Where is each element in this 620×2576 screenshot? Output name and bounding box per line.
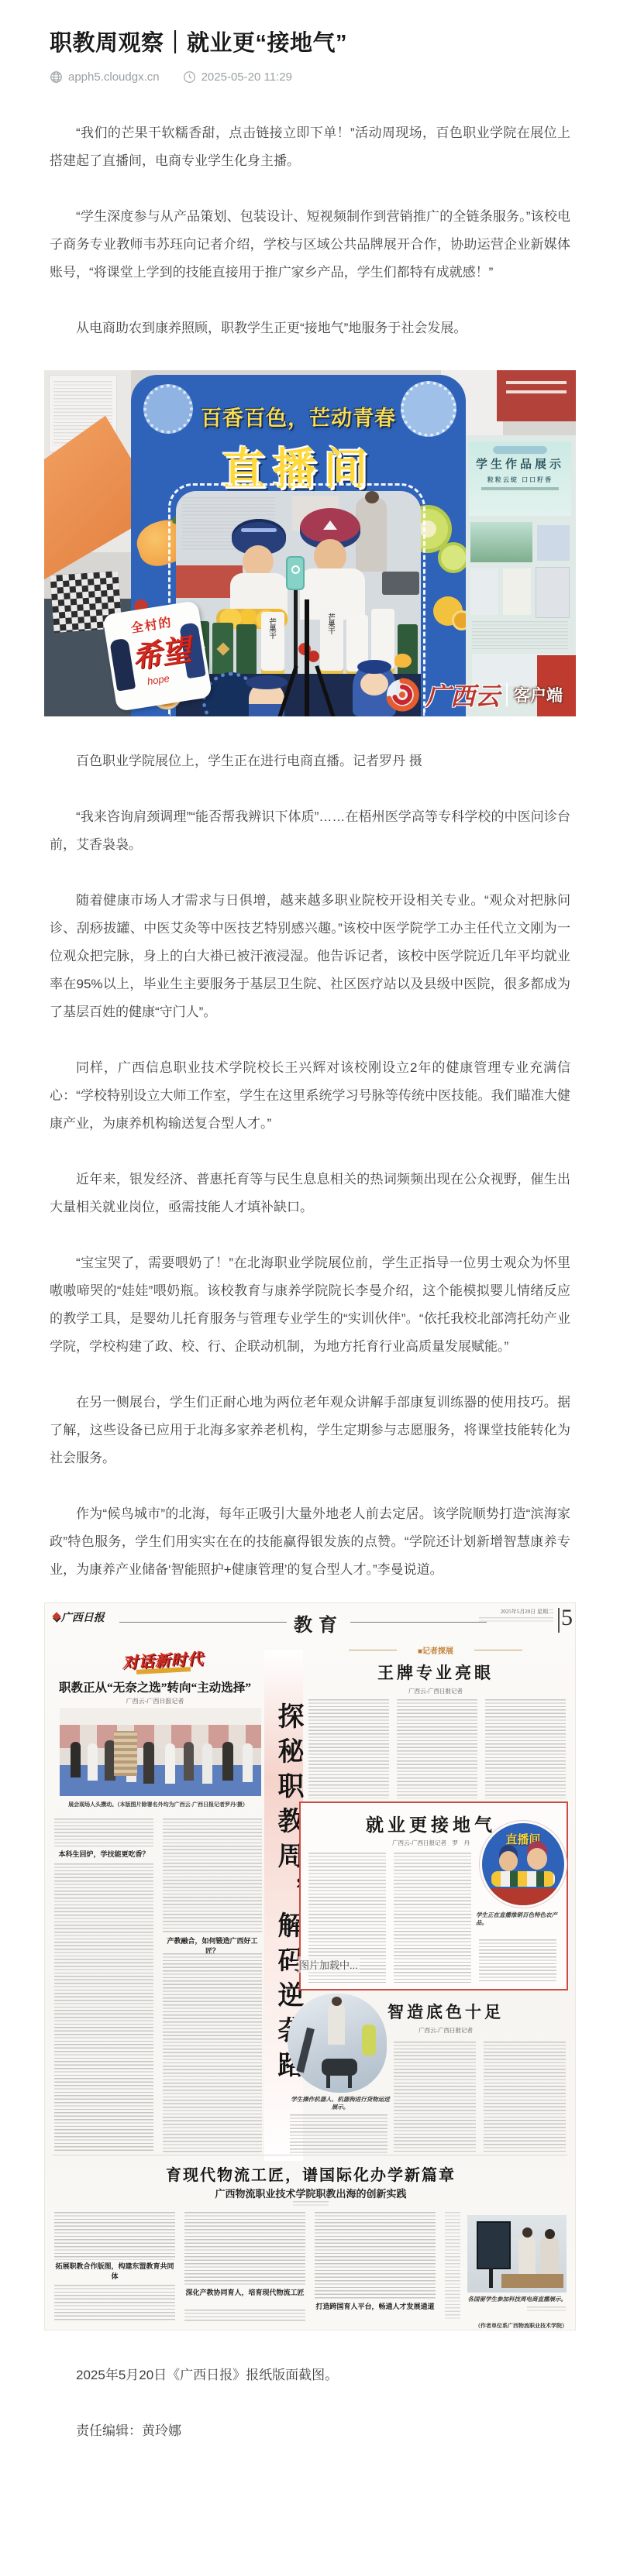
paragraph: “宝宝哭了，需要喂奶了！”在北海职业学院展位前，学生正指导一位男士观众为怀里嗷嗷… [50, 1249, 570, 1361]
robot-arm [296, 2027, 315, 2073]
bottom-byline-blur [293, 2201, 329, 2207]
cartoon-girl-hat [246, 675, 288, 689]
newspaper-caption: 2025年5月20日《广西日报》报纸版面截图。 [50, 2361, 570, 2389]
screen-stand [489, 2268, 493, 2288]
publish-time: 2025-05-20 11:29 [201, 70, 292, 84]
gxy-name: 广西云 [425, 677, 500, 713]
bottom-col-text [445, 2212, 460, 2320]
board-text [472, 621, 568, 649]
feature-box: 就业更接地气 广西云-广西日报记者 罗 丹 直播间 学生正在直播推销百色特色农产… [299, 1801, 568, 1990]
left-headline: 职教正从“无奈之选”转向“主动选择” [50, 1678, 260, 1695]
tag-rule [349, 1650, 397, 1650]
mini-banner-text: 直播间 [482, 1831, 564, 1847]
paragraph: “我们的芒果干软糯香甜，点击链接立即下单！”活动周现场，百色职业学院在展位上搭建… [50, 119, 570, 175]
paragraph: 从电商助农到康养照顾，职教学生正更“接地气”地服务于社会发展。 [50, 314, 570, 342]
newspaper-scan[interactable]: ◆广西日报 教育 2025年5月20日 星期二 5 探秘职教周，解码逆袭路 对话… [44, 1602, 576, 2330]
left-col-text [163, 1953, 262, 2153]
image-loading-text: 图片加载中... [298, 1956, 360, 1973]
bottom-separator [53, 2155, 567, 2155]
paper-date: 2025年5月20日 星期二 [479, 1608, 553, 1616]
bottom-col-text [184, 2310, 305, 2322]
source-item: apph5.cloudgx.cn [50, 70, 160, 84]
paragraph: 近年来，银发经济、普惠托育等与民生息息相关的热词频频出现在公众视野，催生出大量相… [50, 1166, 570, 1221]
header-rule [119, 1622, 287, 1623]
crowd-figure [143, 1742, 154, 1784]
crowd-figure [165, 1743, 175, 1784]
paragraph: 同样，广西信息职业技术学院校长王兴辉对该校刚设立2年的健康管理专业充满信心：“学… [50, 1054, 570, 1138]
crowd-figure [71, 1742, 81, 1777]
goods-shelf [501, 2274, 563, 2288]
watermark-divider [506, 683, 508, 706]
exhibition-crowd-photo [60, 1708, 261, 1796]
robot-demo-photo [288, 1994, 387, 2093]
bottom-col-text [54, 2212, 175, 2260]
clock-icon [183, 70, 196, 84]
lattice-screen [114, 1731, 137, 1776]
crowd-figure [222, 1742, 233, 1781]
bottom-col-text [54, 2285, 175, 2322]
feature-col-text [394, 1853, 471, 1983]
tag-rule [474, 1650, 522, 1650]
student-figure-head [545, 2229, 555, 2239]
crowd-figure [88, 1743, 98, 1781]
reporter-tag: ■记者探展 [400, 1644, 471, 1656]
student-figure-head [522, 2227, 532, 2238]
robot-dog [322, 2059, 357, 2076]
right-byline: 广西云-广西日报记者 [349, 1687, 522, 1695]
feature-circle-photo: 直播间 [482, 1823, 564, 1905]
sticker-main-text: 希望 [129, 625, 194, 676]
photo-caption: 百色职业学院展位上，学生正在进行电商直播。记者罗丹 摄 [50, 747, 570, 775]
bottom-photo-caption: 各国留学生参加科技周电商直播展示。 [467, 2296, 567, 2303]
mini-figure [499, 1851, 518, 1871]
bottom-photo-credit-blur [527, 2306, 566, 2312]
tripod-pole [305, 599, 309, 716]
student-works-title: 学生作品展示 [469, 455, 571, 472]
cartoon-boy-turban [357, 660, 391, 674]
bottom-col-text [184, 2212, 305, 2286]
board-poster-tile [537, 525, 570, 561]
bottom-headline: 育现代物流工匠，谱国际化办学新篇章 [45, 2162, 576, 2185]
feature-photo-caption: 学生正在直播推销百色特色农产品。 [476, 1911, 566, 1927]
smart-col-text [394, 2042, 476, 2153]
smart-col-text [290, 2114, 387, 2153]
left-col-text [163, 1819, 262, 1933]
banner-line1: 百香百色，芒动青春 [159, 401, 438, 431]
cartoon-boy-face [360, 672, 388, 696]
robot-dog-leg [326, 2074, 330, 2088]
source-domain: apph5.cloudgx.cn [68, 70, 160, 84]
display-screen [477, 2221, 511, 2269]
header-rule [350, 1622, 487, 1623]
cartoon-mango [394, 654, 412, 668]
mini-table [482, 1888, 564, 1905]
crowd-figure [243, 1743, 253, 1782]
gxy-suffix: 客户端 [514, 683, 563, 706]
pageno-divider [558, 1608, 560, 1633]
right-col-text [308, 1699, 389, 1798]
crowd-figure [184, 1742, 194, 1781]
right-headline: 王牌专业亮眼 [349, 1661, 522, 1684]
duty-editor-line [479, 1617, 553, 1623]
article-page: 职教周观察｜就业更“接地气” apph5.cloudgx.cn 2025-05-… [0, 0, 620, 2576]
feature-col-text [479, 1939, 556, 1983]
bottom-subhead-2: 深化产教协同育人，培育现代物流工匠 [184, 2288, 305, 2298]
bottom-subhead-1: 拓展职教合作版图，构建东盟教育共同体 [54, 2262, 175, 2282]
student-works-header: 学生作品展示 粒粒云绽 口口籽香 [469, 441, 571, 516]
hope-sticker: 全村的 希望 hope [102, 600, 212, 712]
board-poster-tile [536, 567, 570, 618]
globe-icon [50, 70, 63, 84]
board-logo [493, 446, 547, 454]
left-col-text [54, 1819, 153, 1846]
board-poster-tile [470, 522, 532, 562]
time-item: 2025-05-20 11:29 [183, 70, 292, 84]
gxy-swirl-logo [385, 678, 419, 712]
left-subhead-1: 本科生回炉，学技能更吃香？ [54, 1850, 153, 1860]
left-col-text [54, 1863, 153, 2153]
board-subline [481, 487, 559, 490]
paragraph: 在另一侧展台，学生们正耐心地为两位老年观众讲解手部康复训练器的使用技巧。据了解，… [50, 1389, 570, 1472]
paragraph: 作为“候鸟城市”的北海，每年正吸引大量外地老人前去定居。该学院顺势打造“滨海家政… [50, 1500, 570, 1584]
red-wall-text [506, 390, 567, 393]
board-poster-tile [470, 568, 498, 615]
page-title: 职教周观察｜就业更“接地气” [50, 28, 570, 60]
robot-operator [328, 2003, 345, 2045]
right-col-text [397, 1699, 477, 1798]
livestream-booth-photo[interactable]: 学生作品展示 粒粒云绽 口口籽香 百香百色，芒动青春 直播间 [44, 370, 576, 716]
editor-line: 责任编辑：黄玲娜 [50, 2417, 570, 2445]
article-content: 职教周观察｜就业更“接地气” apph5.cloudgx.cn 2025-05-… [0, 28, 620, 2492]
student-works-sub: 粒粒云绽 口口籽香 [469, 476, 571, 484]
crowd-figure [202, 1743, 212, 1784]
bottom-credit: （作者单位系广西物流职业技术学院） [445, 2322, 567, 2330]
bottom-subhead-3: 打造跨国育人平台，畅通人才发展通道 [315, 2302, 436, 2312]
kiwi-slice [438, 542, 466, 573]
bottom-subtitle: 广西物流职业技术学院职教出海的创新实践 [45, 2186, 576, 2200]
paragraph: 随着健康市场人才需求与日俱增，越来越多职业院校开设相关专业。“观众对把脉问诊、刮… [50, 887, 570, 1026]
left-photo-caption: 展会现场人头攒动。（本版图片除署名外均为广西云-广西日报记者罗丹/摄） [54, 1801, 262, 1808]
mini-produce [491, 1871, 555, 1887]
robot-operator-head [332, 1997, 342, 2006]
passionfruit-half [452, 610, 466, 630]
page-number: 5 [561, 1605, 573, 1631]
safety-vest [362, 2025, 376, 2056]
section-title: 教育 [291, 1609, 346, 1637]
right-col-text [485, 1699, 566, 1798]
smart-photo-caption: 学生操作机器人、机器狗进行货物运送展示。 [290, 2096, 391, 2111]
paragraph: “学生深度参与从产品策划、包装设计、短视频制作到营销推广的全链条服务。”该校电子… [50, 203, 570, 287]
left-byline: 广西云-广西日报记者 [50, 1697, 260, 1705]
paragraph: “我来咨询肩颈调理”“能否帮我辨识下体质”……在梧州医学高等专科学校的中医问诊台… [50, 803, 570, 859]
red-wall-panel [497, 370, 576, 421]
oversea-students-photo [467, 2215, 567, 2293]
article-meta: apph5.cloudgx.cn 2025-05-20 11:29 [50, 70, 570, 84]
red-wall-text [506, 381, 567, 384]
robot-dog-leg [348, 2074, 352, 2088]
smart-col-text [484, 2042, 566, 2153]
board-poster-tile [503, 568, 531, 615]
mini-figure [527, 1848, 547, 1870]
gxy-watermark: 广西云 客户端 [385, 675, 576, 714]
bottom-col-text [315, 2212, 436, 2300]
